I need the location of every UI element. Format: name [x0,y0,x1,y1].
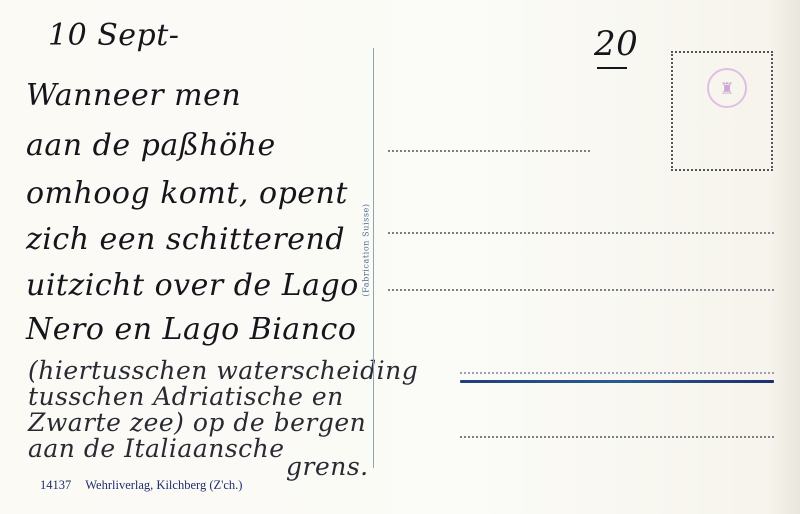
message-line: Wanneer men [26,78,241,113]
message-line: tusschen Adriatische en [28,382,344,411]
message-line: Zwarte zee) op de bergen [28,408,366,437]
vertical-divider [373,48,374,468]
reference-underline [597,67,627,69]
divider-imprint: (Fabrication Suisse) [362,201,371,298]
message-line: aan de paßhöhe [26,128,276,163]
address-line [388,232,774,234]
message-line: aan de Italiaansche [28,434,285,463]
message-line: grens. [286,452,369,481]
postmark-icon: ♜ [707,68,747,108]
address-underline-bar [460,380,774,383]
publisher-number: 14137 [40,478,71,492]
publisher-imprint: 14137Wehrliverlag, Kilchberg (Z'ch.) [40,478,242,493]
message-line: Nero en Lago Bianco [26,312,356,347]
address-line [388,150,590,152]
reference-number: 20 [594,24,638,64]
address-line [460,436,774,438]
postcard-back: 10 Sept- Wanneer men aan de paßhöhe omho… [0,0,800,514]
message-line: (hiertusschen waterscheiding [28,356,418,385]
postmark-glyph: ♜ [720,79,734,98]
message-line: omhoog komt, opent [26,176,348,211]
message-line: uitzicht over de Lago [26,268,359,303]
publisher-name: Wehrliverlag, Kilchberg (Z'ch.) [85,478,242,492]
address-line [460,372,774,374]
message-line: zich een schitterend [26,222,345,257]
address-line [388,289,774,291]
message-date: 10 Sept- [48,18,179,53]
